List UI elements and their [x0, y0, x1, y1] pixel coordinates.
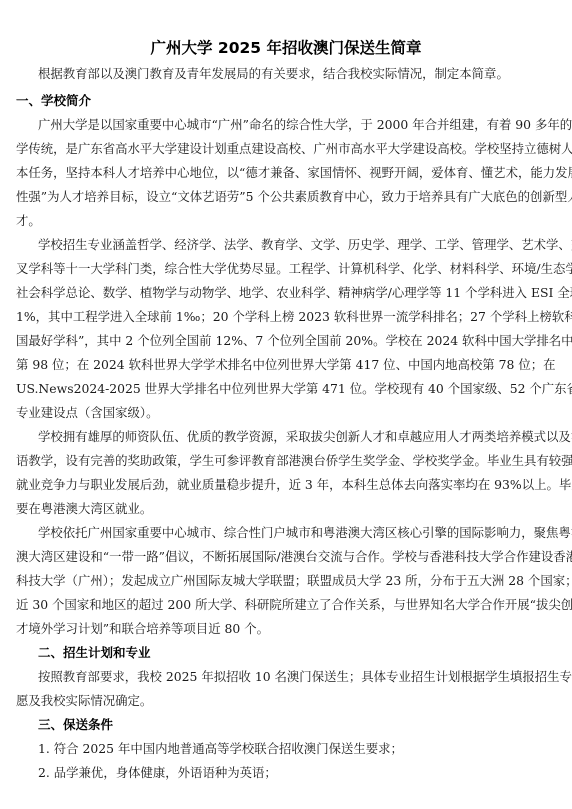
paragraph-line: 叉学科等十一大学科门类，综合性大学优势尽显。工程学、计算机科学、化学、材料科学、…: [16, 259, 555, 279]
paragraph-line: US.News2024-2025 世界大学排名中位列世界大学第 471 位。学校…: [16, 379, 555, 399]
section-heading-eligibility: 三、保送条件: [38, 715, 113, 735]
section-heading-school-intro: 一、学校简介: [16, 91, 91, 111]
paragraph-line: 社会科学总论、数学、植物学与动物学、地学、农业科学、精神病学/心理学等 11 个…: [16, 283, 555, 303]
paragraph-line: 才境外学习计划”和联合培养等项目近 80 个。: [16, 619, 269, 639]
paragraph-line: 按照教育部要求，我校 2025 年拟招收 10 名澳门保送生；具体专业招生计划根…: [38, 667, 555, 687]
document-title: 广州大学 2025 年招收澳门保送生简章: [0, 37, 572, 59]
paragraph-line: 愿及我校实际情况确定。: [16, 691, 152, 711]
paragraph-line: 广州大学是以国家重要中心城市“广州”命名的综合性大学，于 2000 年合并组建，…: [38, 115, 555, 135]
paragraph-line: 学校依托广州国家重要中心城市、综合性门户城市和粤港澳大湾区核心引擎的国际影响力，…: [38, 523, 555, 543]
paragraph-line: 国最好学科”，其中 2 个位列全国前 12%、7 个位列全国前 20%。学校在 …: [16, 331, 555, 351]
paragraph-line: 学校招生专业涵盖哲学、经济学、法学、教育学、文学、历史学、理学、工学、管理学、艺…: [38, 235, 555, 255]
paragraph-line: 近 30 个国家和地区的超过 200 所大学、科研院所建立了合作关系，与世界知名…: [16, 595, 555, 615]
eligibility-item: 2. 品学兼优，身体健康，外语语种为英语；: [38, 763, 277, 783]
section-heading-enrollment-plan: 二、招生计划和专业: [38, 643, 151, 663]
paragraph-line: 本任务，坚持本科人才培养中心地位，以“德才兼备、家国情怀、视野开阔，爱体育、懂艺…: [16, 163, 555, 183]
paragraph-line: 第 98 位；在 2024 软科世界大学学术排名中位列世界大学第 417 位、中…: [16, 355, 555, 375]
paragraph-line: 澳大湾区建设和“一带一路”倡议，不断拓展国际/港澳台交流与合作。学校与香港科技大…: [16, 547, 555, 567]
paragraph-line: 语教学，设有完善的奖助政策，学生可参评教育部港澳台侨学生奖学金、学校奖学金。毕业…: [16, 451, 555, 471]
document-page: 广州大学 2025 年招收澳门保送生简章 根据教育部以及澳门教育及青年发展局的有…: [0, 0, 572, 809]
paragraph-line: 性强”为人才培养目标，设立“文体艺语劳”5 个公共素质教育中心，致力于培养具有广…: [16, 187, 555, 207]
intro-paragraph: 根据教育部以及澳门教育及青年发展局的有关要求，结合我校实际情况，制定本简章。: [38, 64, 558, 84]
paragraph-line: 科技大学（广州）；发起成立广州国际友城大学联盟；联盟成员大学 23 所，分布于五…: [16, 571, 555, 591]
paragraph-line: 学校拥有雄厚的师资队伍、优质的教学资源，采取拔尖创新人才和卓越应用人才两类培养模…: [38, 427, 555, 447]
paragraph-line: 就业竞争力与职业发展后劲，就业质量稳步提升，近 3 年，本科生总体去向落实率均在…: [16, 475, 555, 495]
eligibility-item: 1. 符合 2025 年中国内地普通高等学校联合招收澳门保送生要求；: [38, 739, 403, 759]
paragraph-line: 学传统，是广东省高水平大学建设计划重点建设高校、广州市高水平大学建设高校。学校坚…: [16, 139, 555, 159]
paragraph-line: 要在粤港澳大湾区就业。: [16, 499, 152, 519]
paragraph-line: 专业建设点（含国家级）。: [16, 403, 159, 423]
paragraph-line: 1%，其中工程学进入全球前 1‰；20 个学科上榜 2023 软科世界一流学科排…: [16, 307, 555, 327]
paragraph-line: 才。: [16, 211, 41, 231]
